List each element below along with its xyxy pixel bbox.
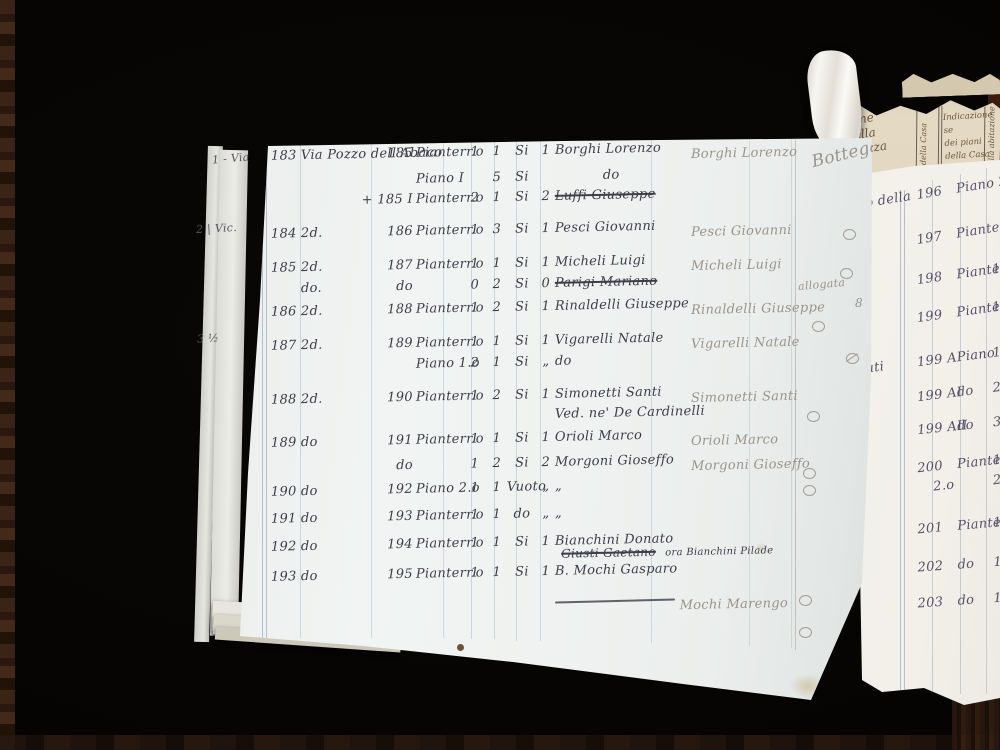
- occupied-flag: Si: [507, 430, 537, 446]
- count-value: 1: [537, 299, 555, 314]
- civic-number: 201: [917, 520, 944, 537]
- count-value: 1: [537, 387, 555, 402]
- pencil-name: Pesci Giovanni: [691, 223, 806, 240]
- register-row: 202do1: [854, 551, 1000, 585]
- count-value: 1: [537, 534, 555, 549]
- count-families: 2: [465, 355, 485, 370]
- count-persons: 1: [487, 480, 507, 495]
- count-persons: 1: [487, 190, 507, 205]
- resident-name: Simonetti Santi: [555, 384, 695, 402]
- register-row: uti199 APiano 1.o1: [854, 339, 1000, 383]
- count-value: „: [537, 506, 555, 521]
- resident-name: Parigi Mariano: [555, 273, 695, 291]
- count-value: 1: [537, 221, 555, 236]
- count-value: 2: [537, 189, 555, 204]
- count-persons: 1: [487, 431, 507, 446]
- civic-number: 194: [351, 537, 413, 553]
- resident-name: Rinaldelli Giuseppe: [555, 296, 695, 314]
- count-families: 1: [465, 480, 485, 495]
- register-row: 191do193Pianterr.o11do„„: [213, 499, 873, 533]
- pencil-circle-mark: [807, 411, 820, 422]
- count-persons: 1: [487, 256, 507, 271]
- civic-number: 195: [351, 567, 413, 583]
- civic-number: do: [351, 458, 413, 474]
- count-families: 2: [465, 190, 485, 205]
- count-persons: 5: [487, 170, 507, 185]
- occupied-flag: Si: [507, 564, 537, 580]
- pencil-circle-mark: [799, 595, 812, 606]
- pencil-circle-mark: [812, 321, 825, 332]
- resident-name: Luffi Giuseppe: [555, 186, 695, 204]
- count-value: 1: [537, 255, 555, 270]
- occupied-flag: do: [507, 506, 537, 522]
- resident-name: Vigarelli Natale: [555, 330, 695, 348]
- count-persons: 2: [487, 388, 507, 403]
- row-number: 184: [271, 226, 301, 242]
- count-families: 1: [465, 565, 485, 580]
- count-persons: 2: [487, 300, 507, 315]
- floor-label: 2.o: [933, 477, 956, 494]
- civic-number: 187: [351, 258, 413, 274]
- resident-name: do: [555, 351, 695, 369]
- count-persons: 1: [487, 144, 507, 159]
- count-value: 1: [537, 430, 555, 445]
- curled-paper-scrap: [804, 47, 866, 152]
- count-value: 1: [993, 555, 1000, 571]
- register-row: 201Pianterr.1: [854, 511, 1000, 548]
- row-number: 188: [271, 392, 301, 408]
- count-families: 1: [465, 507, 485, 522]
- occupied-flag: Si: [507, 221, 537, 237]
- pencil-circle-mark: [803, 485, 816, 496]
- pencil-name: Orioli Marco: [691, 432, 806, 449]
- pencil-circle-mark: [799, 627, 812, 638]
- count-families: 1: [465, 535, 485, 550]
- count-value: 1: [537, 564, 555, 579]
- count-persons: 1: [487, 355, 507, 370]
- correction-note: ora Bianchini Pilade: [665, 545, 774, 558]
- pencil-name: Rinaldelli Giuseppe: [691, 301, 806, 318]
- row-number: 192: [271, 539, 301, 555]
- civic-number: 192: [351, 482, 413, 498]
- floor-label: Piano I: [416, 170, 478, 186]
- row-number: 191: [271, 511, 301, 527]
- occupied-flag: Si: [507, 276, 537, 292]
- civic-number: 199: [916, 308, 944, 326]
- register-row: 203do1: [854, 587, 1000, 621]
- occupied-flag: Si: [507, 455, 537, 471]
- civic-number: 186: [351, 224, 413, 240]
- register-photo: ...medellaPiazza N.o Civico della Casa I…: [0, 0, 1000, 750]
- civic-number: do: [351, 279, 413, 295]
- count-families: 0: [465, 277, 485, 292]
- resident-name: „: [555, 503, 695, 521]
- pencil-circle-mark: [843, 229, 856, 240]
- count-value: 1: [993, 515, 1000, 531]
- civic-number: 203: [917, 595, 944, 612]
- row-number: 186: [271, 304, 301, 320]
- count-families: 1: [465, 256, 485, 271]
- count-persons: 1: [487, 334, 507, 349]
- occupied-flag: Si: [507, 189, 537, 205]
- register-row: 198Pianterr.1: [854, 254, 1000, 302]
- count-value: 1: [991, 299, 1000, 315]
- floor-label: do: [956, 383, 974, 400]
- count-value: 1: [537, 333, 555, 348]
- count-value: 2: [992, 473, 1000, 489]
- floor-label: do: [957, 557, 975, 573]
- occupied-flag: Si: [507, 299, 537, 315]
- row-number: 187: [271, 338, 301, 354]
- resident-name: Pesci Giovanni: [555, 218, 695, 236]
- row-number: 190: [271, 484, 301, 500]
- floor-label: do: [956, 417, 974, 434]
- civic-number: 185: [351, 146, 413, 162]
- civic-number: 202: [917, 559, 944, 576]
- civic-number: 197: [916, 229, 944, 248]
- table-wood-left-edge: [0, 0, 15, 750]
- occupied-flag: Si: [507, 354, 537, 370]
- floor-label: do: [957, 593, 975, 609]
- count-value: 2: [992, 380, 1000, 396]
- count-families: 1: [465, 456, 485, 471]
- register-row: 193do195Pianterr.o11Si1B. Mochi GasparoM…: [213, 557, 873, 591]
- resident-name: do: [603, 165, 743, 183]
- occupied-flag: Vuoto: [507, 479, 537, 495]
- register-row: o della196Piano 2.o: [854, 167, 1000, 218]
- civic-number: 196: [916, 184, 944, 203]
- torn-paper-scrap: [902, 68, 1000, 97]
- civic-number: 190: [351, 390, 413, 406]
- resident-name: Micheli Luigi: [555, 252, 695, 270]
- count-families: 1: [465, 388, 485, 403]
- resident-name: Orioli Marco: [555, 427, 695, 445]
- figure-eight-pencil-mark: 8: [855, 296, 863, 310]
- civic-number: 193: [351, 509, 413, 525]
- civic-number: 191: [351, 433, 413, 449]
- civic-number: 200: [917, 459, 944, 477]
- resident-name: Ved. ne' De Cardinelli: [555, 404, 695, 422]
- count-persons: 3: [487, 222, 507, 237]
- pencil-circle-mark: [840, 268, 853, 279]
- row-number: 189: [271, 435, 301, 451]
- register-row: 1842d.186Pianterr.o13Si1Pesci GiovanniPe…: [213, 214, 873, 248]
- civic-number: 198: [916, 270, 944, 288]
- register-row: 192do194Pianterr.o11Si1Bianchini DonatoG…: [213, 527, 873, 561]
- row-number: 185: [271, 260, 301, 276]
- pencil-name: Mochi Marengo: [679, 596, 794, 613]
- row-number: 183: [271, 148, 301, 164]
- civic-number: + 185 I: [351, 192, 413, 208]
- count-value: 2: [537, 455, 555, 470]
- count-value: 1: [537, 143, 555, 158]
- occupied-flag: Si: [507, 534, 537, 550]
- occupied-flag: Si: [507, 387, 537, 403]
- count-persons: 1: [487, 565, 507, 580]
- count-persons: 1: [487, 535, 507, 550]
- floor-label: Pianterr.: [955, 218, 1000, 242]
- ink-strikethrough-mark: [555, 598, 675, 603]
- count-value: 1: [992, 345, 1000, 361]
- count-persons: 1: [487, 507, 507, 522]
- count-persons: 2: [487, 456, 507, 471]
- paper-hole: [457, 644, 464, 651]
- count-value: 1: [991, 261, 1000, 277]
- pencil-circle-crossed-mark: [846, 353, 859, 364]
- count-families: 1: [465, 222, 485, 237]
- resident-name-struck: Giusti Gaetano: [561, 545, 656, 561]
- table-wood-bottom-edge: [0, 735, 1000, 750]
- pencil-name: Borghi Lorenzo: [691, 145, 806, 162]
- count-value: 3: [992, 415, 1000, 431]
- occupied-flag: Si: [507, 255, 537, 271]
- pencil-name: Morgoni Gioseffo: [691, 457, 806, 474]
- count-value: „: [537, 479, 555, 494]
- occupied-flag: Si: [507, 169, 537, 185]
- right-page: o della196Piano 2.o197Pianterr.198Piante…: [854, 160, 1000, 705]
- count-families: 1: [465, 334, 485, 349]
- floor-label: Piano 2.o: [955, 172, 1000, 197]
- civic-number: 188: [351, 302, 413, 318]
- count-value: 0: [537, 276, 555, 291]
- civic-number: 199 A: [916, 350, 957, 370]
- count-families: 1: [465, 431, 485, 446]
- occupied-flag: Si: [507, 333, 537, 349]
- count-value: 1: [992, 453, 1000, 469]
- register-row: 199Pianterr.1: [854, 292, 1000, 340]
- pencil-circle-mark: [803, 468, 816, 479]
- count-value: „: [537, 354, 555, 369]
- allogata-pencil-note: allogata: [798, 276, 846, 293]
- count-families: 1: [465, 144, 485, 159]
- row-number: 193: [271, 569, 301, 585]
- under-page-fragment: 2 | Vic.: [196, 221, 238, 236]
- under-page-fragment: 3 ½: [197, 331, 220, 345]
- count-families: 1: [465, 300, 485, 315]
- resident-name: B. Mochi Gasparo: [555, 561, 695, 579]
- count-persons: 2: [487, 277, 507, 292]
- count-value: 1: [993, 591, 1000, 607]
- register-row: 197Pianterr.: [854, 212, 1000, 263]
- resident-name: „: [555, 476, 695, 494]
- resident-name: Morgoni Gioseffo: [555, 452, 695, 470]
- civic-number: 189: [351, 336, 413, 352]
- main-register-page: Bottega allogata 8 183Via Pozzo dell'Aba…: [213, 128, 878, 708]
- occupied-flag: Si: [507, 143, 537, 159]
- resident-name: Borghi Lorenzo: [555, 140, 695, 158]
